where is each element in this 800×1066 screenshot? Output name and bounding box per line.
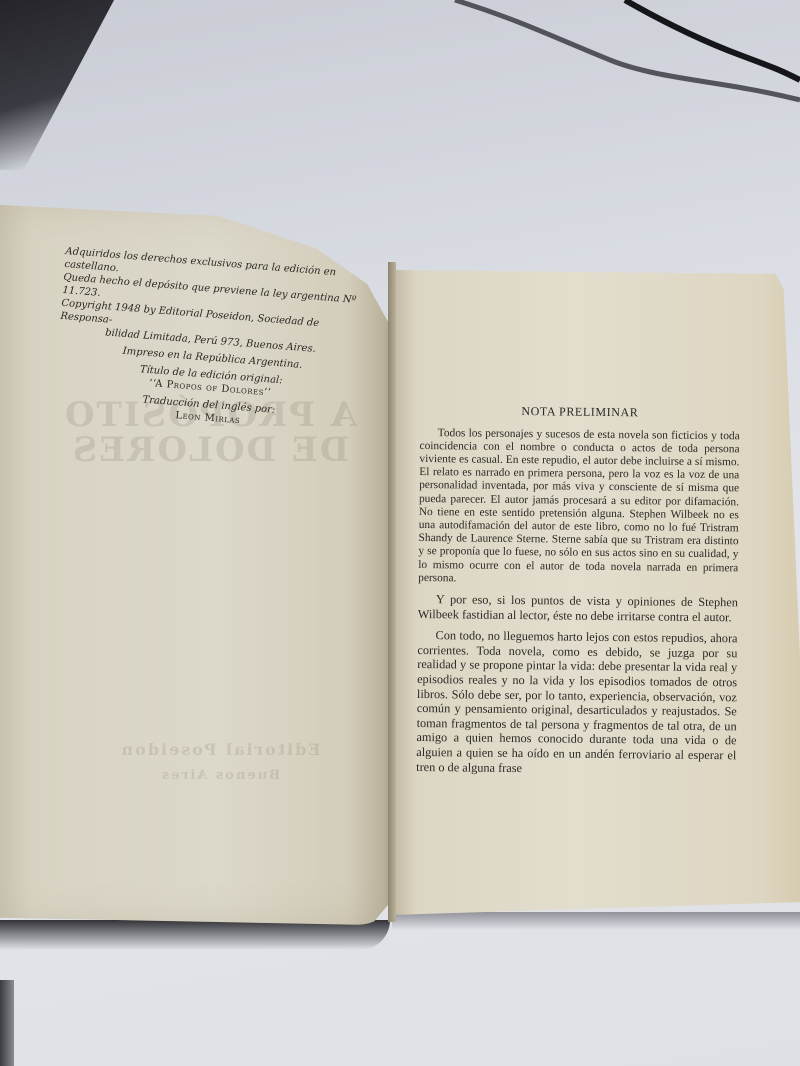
preliminary-note: NOTA PRELIMINAR Todos los personajes y s… xyxy=(416,403,740,784)
book-shadow-right xyxy=(392,912,800,930)
paragraph: Todos los personajes y sucesos de esta n… xyxy=(418,427,740,589)
colophon: Adquiridos los derechos exclusivos para … xyxy=(53,245,375,437)
paragraph: Con todo, no lleguemos harto lejos con e… xyxy=(416,628,738,777)
show-through-publisher: Editorial Poseidon xyxy=(110,740,330,759)
book-spine xyxy=(388,262,396,922)
cable xyxy=(0,0,800,140)
show-through-city: Buenos Aires xyxy=(110,768,330,783)
dark-object-edge xyxy=(0,980,14,1066)
section-heading: NOTA PRELIMINAR xyxy=(420,403,740,421)
book-shadow-left xyxy=(0,920,390,950)
paragraph: Y por eso, si los puntos de vista y opin… xyxy=(418,592,738,625)
show-through-title-2: DE DOLORES xyxy=(60,430,360,470)
